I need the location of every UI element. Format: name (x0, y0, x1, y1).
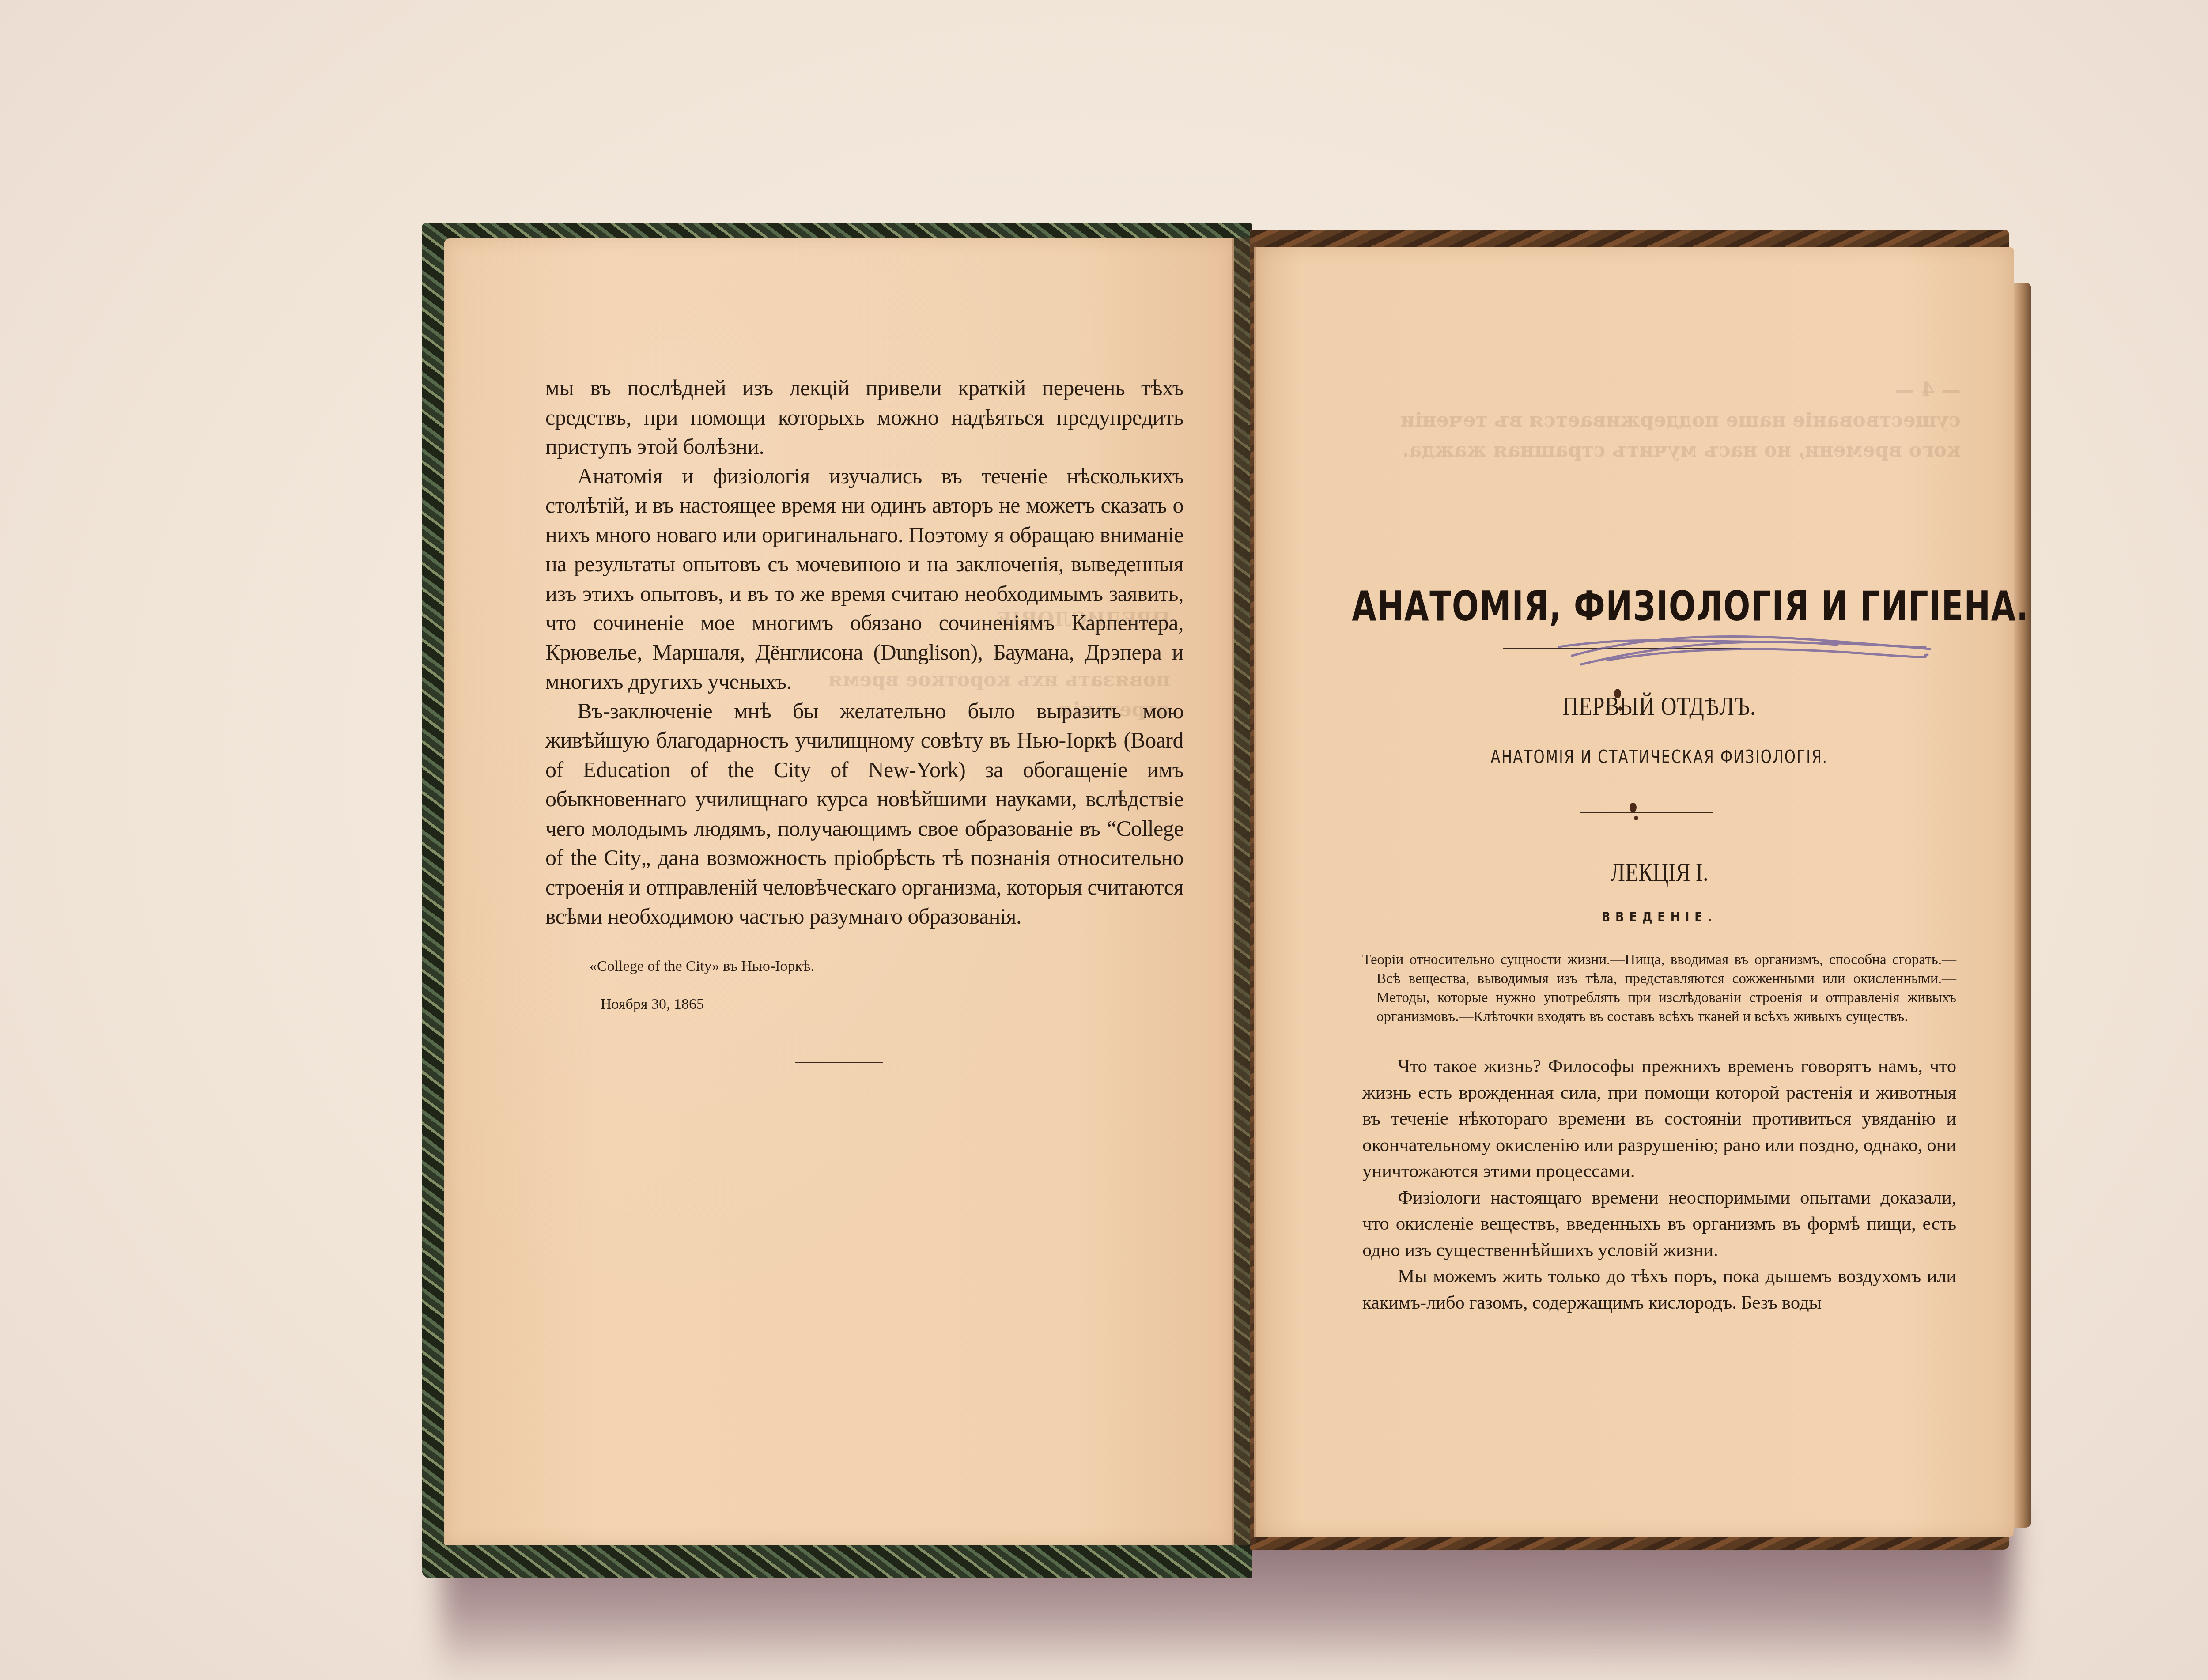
paragraph: Въ-заключеніе мнѣ бы желательно было выр… (545, 696, 1183, 931)
part-heading: ПЕРВЫЙ ОТДѢЛЪ. (1416, 691, 1903, 721)
paragraph: мы въ послѣдней изъ лекцій привели кратк… (545, 373, 1183, 461)
right-page-text: АНАТОМІЯ, ФИЗІОЛОГІЯ И ГИГІЕНА. ПЕРВЫЙ О… (1362, 583, 1956, 1316)
section-heading: АНАТОМІЯ И СТАТИЧЕСКАЯ ФИЗІОЛОГІЯ. (1422, 747, 1897, 767)
signature-date: Ноября 30, 1865 (601, 991, 1183, 1018)
lecture-summary: Теоріи относительно сущности жизни.—Пища… (1362, 951, 1956, 1027)
paragraph: Физіологи настоящаго времени неоспоримым… (1362, 1185, 1956, 1264)
signature-place: «College of the City» въ Нью-Іоркѣ. (590, 953, 1183, 980)
section-rule (1580, 812, 1713, 813)
right-page-body: Что такое жизнь? Философы прежнихъ време… (1362, 1053, 1956, 1316)
end-rule (795, 1062, 883, 1063)
left-page-body: мы въ послѣдней изъ лекцій привели кратк… (545, 373, 1183, 931)
page-block-edges (2014, 283, 2031, 1528)
paragraph: Мы можемъ жить только до тѣхъ поръ, пока… (1362, 1263, 1956, 1316)
book-gutter (1232, 238, 1256, 1545)
paragraph: Анатомія и физіологія изучались въ течен… (545, 461, 1183, 696)
introduction-heading: ВВЕДЕНІЕ. (1407, 910, 1912, 925)
title-rule (1503, 648, 1741, 649)
book-title: АНАТОМІЯ, ФИЗІОЛОГІЯ И ГИГІЕНА. (1352, 583, 1966, 630)
left-page-text: мы въ послѣдней изъ лекцій привели кратк… (545, 373, 1183, 1063)
lecture-heading: ЛЕКЦІЯ I. (1416, 857, 1903, 887)
paragraph: Что такое жизнь? Философы прежнихъ време… (1362, 1053, 1956, 1185)
